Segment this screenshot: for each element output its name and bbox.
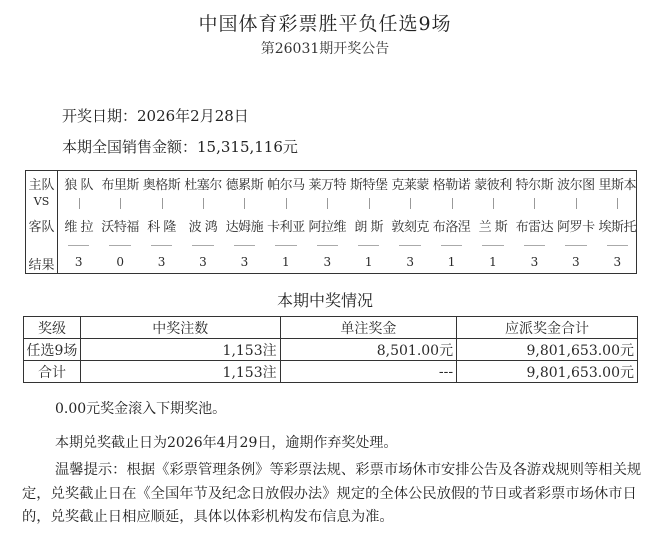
unit-prize: ---: [280, 361, 456, 383]
home-team: 克莱蒙: [388, 174, 431, 193]
result-label: 结果: [26, 254, 57, 273]
match-column: 帕尔马卡利亚1: [265, 171, 306, 273]
home-team: 德累斯: [223, 174, 266, 193]
match-result: 1: [265, 255, 306, 269]
home-team: 波尔图: [554, 174, 597, 193]
separator-line: [482, 245, 503, 246]
away-team: 卡利亚: [264, 216, 307, 235]
home-team: 狼 队: [57, 174, 100, 193]
match-result: 3: [597, 255, 638, 269]
match-result: 3: [182, 255, 223, 269]
match-column: 格勒诺布洛涅1: [431, 171, 472, 273]
away-team: 布雷达: [513, 216, 556, 235]
vs-label: VS: [26, 195, 57, 208]
match-result: 1: [431, 255, 472, 269]
match-result: 0: [99, 255, 140, 269]
prize-table-header: 奖级 中奖注数 单注奖金 应派奖金合计: [24, 317, 638, 339]
match-result: 3: [389, 255, 430, 269]
separator-line: [607, 245, 628, 246]
separator-line: [109, 245, 130, 246]
vs-divider: [120, 198, 121, 209]
away-team: 科 隆: [140, 216, 183, 235]
match-result: 3: [514, 255, 555, 269]
winner-count: 1,153注: [80, 339, 280, 361]
away-team: 阿拉维: [306, 216, 349, 235]
winner-count: 1,153注: [80, 361, 280, 383]
away-team: 阿罗卡: [554, 216, 597, 235]
away-team: 兰 斯: [471, 216, 514, 235]
match-column: 蒙彼利兰 斯1: [472, 171, 513, 273]
home-team: 帕尔马: [264, 174, 307, 193]
home-team: 杜塞尔: [181, 174, 224, 193]
match-column: 里斯本埃斯托3: [597, 171, 638, 273]
separator-line: [234, 245, 255, 246]
notice-text: 温馨提示：根据《彩票管理条例》等彩票法规、彩票市场休市安排公告及各游戏规则等相关…: [22, 459, 642, 530]
prize-level: 合计: [24, 361, 81, 383]
draw-date: 开奖日期：2026年2月28日: [62, 105, 249, 126]
vs-divider: [617, 198, 618, 209]
match-column: 奥格斯科 隆3: [141, 171, 182, 273]
separator-line: [275, 245, 296, 246]
home-team: 莱万特: [306, 174, 349, 193]
home-team: 蒙彼利: [471, 174, 514, 193]
home-team-label: 主队: [26, 174, 57, 193]
away-team: 维 拉: [57, 216, 100, 235]
match-result: 3: [58, 255, 99, 269]
match-result: 1: [348, 255, 389, 269]
vs-divider: [286, 198, 287, 209]
match-label-column: 主队 VS 客队 结果: [26, 171, 58, 273]
sales-amount: 本期全国销售金额：15,315,116元: [62, 136, 298, 157]
total-prize: 9,801,653.00元: [457, 339, 638, 361]
column-header-count: 中奖注数: [80, 317, 280, 339]
vs-divider: [79, 198, 80, 209]
match-column: 斯特堡朗 斯1: [348, 171, 389, 273]
match-column: 狼 队维 拉3: [58, 171, 99, 273]
vs-divider: [327, 198, 328, 209]
separator-line: [524, 245, 545, 246]
home-team: 特尔斯: [513, 174, 556, 193]
away-team-label: 客队: [26, 216, 57, 235]
unit-prize: 8,501.00元: [280, 339, 456, 361]
vs-divider: [244, 198, 245, 209]
vs-divider: [452, 198, 453, 209]
home-team: 斯特堡: [347, 174, 390, 193]
vs-divider: [576, 198, 577, 209]
prize-table: 奖级 中奖注数 单注奖金 应派奖金合计 任选9场 1,153注 8,501.00…: [23, 316, 638, 383]
match-column: 杜塞尔波 鸿3: [182, 171, 223, 273]
vs-divider: [534, 198, 535, 209]
page-subtitle: 第26031期开奖公告: [0, 38, 650, 58]
match-result: 3: [307, 255, 348, 269]
home-team: 里斯本: [596, 174, 639, 193]
match-column: 克莱蒙敦刻克3: [389, 171, 430, 273]
separator-line: [565, 245, 586, 246]
separator-line: [441, 245, 462, 246]
match-result: 3: [555, 255, 596, 269]
separator-line: [399, 245, 420, 246]
home-team: 奥格斯: [140, 174, 183, 193]
vs-divider: [162, 198, 163, 209]
match-table: 主队 VS 客队 结果 狼 队维 拉3布里斯沃特福0奥格斯科 隆3杜塞尔波 鸿3…: [25, 170, 637, 274]
away-team: 埃斯托: [596, 216, 639, 235]
claim-deadline: 本期兑奖截止日为2026年4月29日，逾期作弃奖处理。: [55, 432, 397, 452]
prize-heading: 本期中奖情况: [0, 288, 650, 311]
vs-divider: [203, 198, 204, 209]
away-team: 沃特福: [98, 216, 141, 235]
separator-line: [151, 245, 172, 246]
match-column: 德累斯达姆施3: [224, 171, 265, 273]
rollover-note: 0.00元奖金滚入下期奖池。: [55, 398, 226, 418]
table-row: 合计 1,153注 --- 9,801,653.00元: [24, 361, 638, 383]
column-header-level: 奖级: [24, 317, 81, 339]
page-title: 中国体育彩票胜平负任选9场: [0, 9, 650, 36]
away-team: 波 鸿: [181, 216, 224, 235]
vs-divider: [369, 198, 370, 209]
match-result: 3: [141, 255, 182, 269]
vs-divider: [493, 198, 494, 209]
match-column: 波尔图阿罗卡3: [555, 171, 596, 273]
prize-level: 任选9场: [24, 339, 81, 361]
match-result: 3: [224, 255, 265, 269]
separator-line: [358, 245, 379, 246]
match-column: 布里斯沃特福0: [99, 171, 140, 273]
home-team: 格勒诺: [430, 174, 473, 193]
vs-divider: [410, 198, 411, 209]
match-columns: 狼 队维 拉3布里斯沃特福0奥格斯科 隆3杜塞尔波 鸿3德累斯达姆施3帕尔马卡利…: [58, 171, 636, 273]
column-header-unit-prize: 单注奖金: [280, 317, 456, 339]
column-header-total: 应派奖金合计: [457, 317, 638, 339]
away-team: 敦刻克: [388, 216, 431, 235]
separator-line: [68, 245, 89, 246]
match-column: 特尔斯布雷达3: [514, 171, 555, 273]
away-team: 布洛涅: [430, 216, 473, 235]
match-column: 莱万特阿拉维3: [307, 171, 348, 273]
away-team: 朗 斯: [347, 216, 390, 235]
match-result: 1: [472, 255, 513, 269]
home-team: 布里斯: [98, 174, 141, 193]
away-team: 达姆施: [223, 216, 266, 235]
separator-line: [317, 245, 338, 246]
table-row: 任选9场 1,153注 8,501.00元 9,801,653.00元: [24, 339, 638, 361]
total-prize: 9,801,653.00元: [457, 361, 638, 383]
separator-line: [192, 245, 213, 246]
